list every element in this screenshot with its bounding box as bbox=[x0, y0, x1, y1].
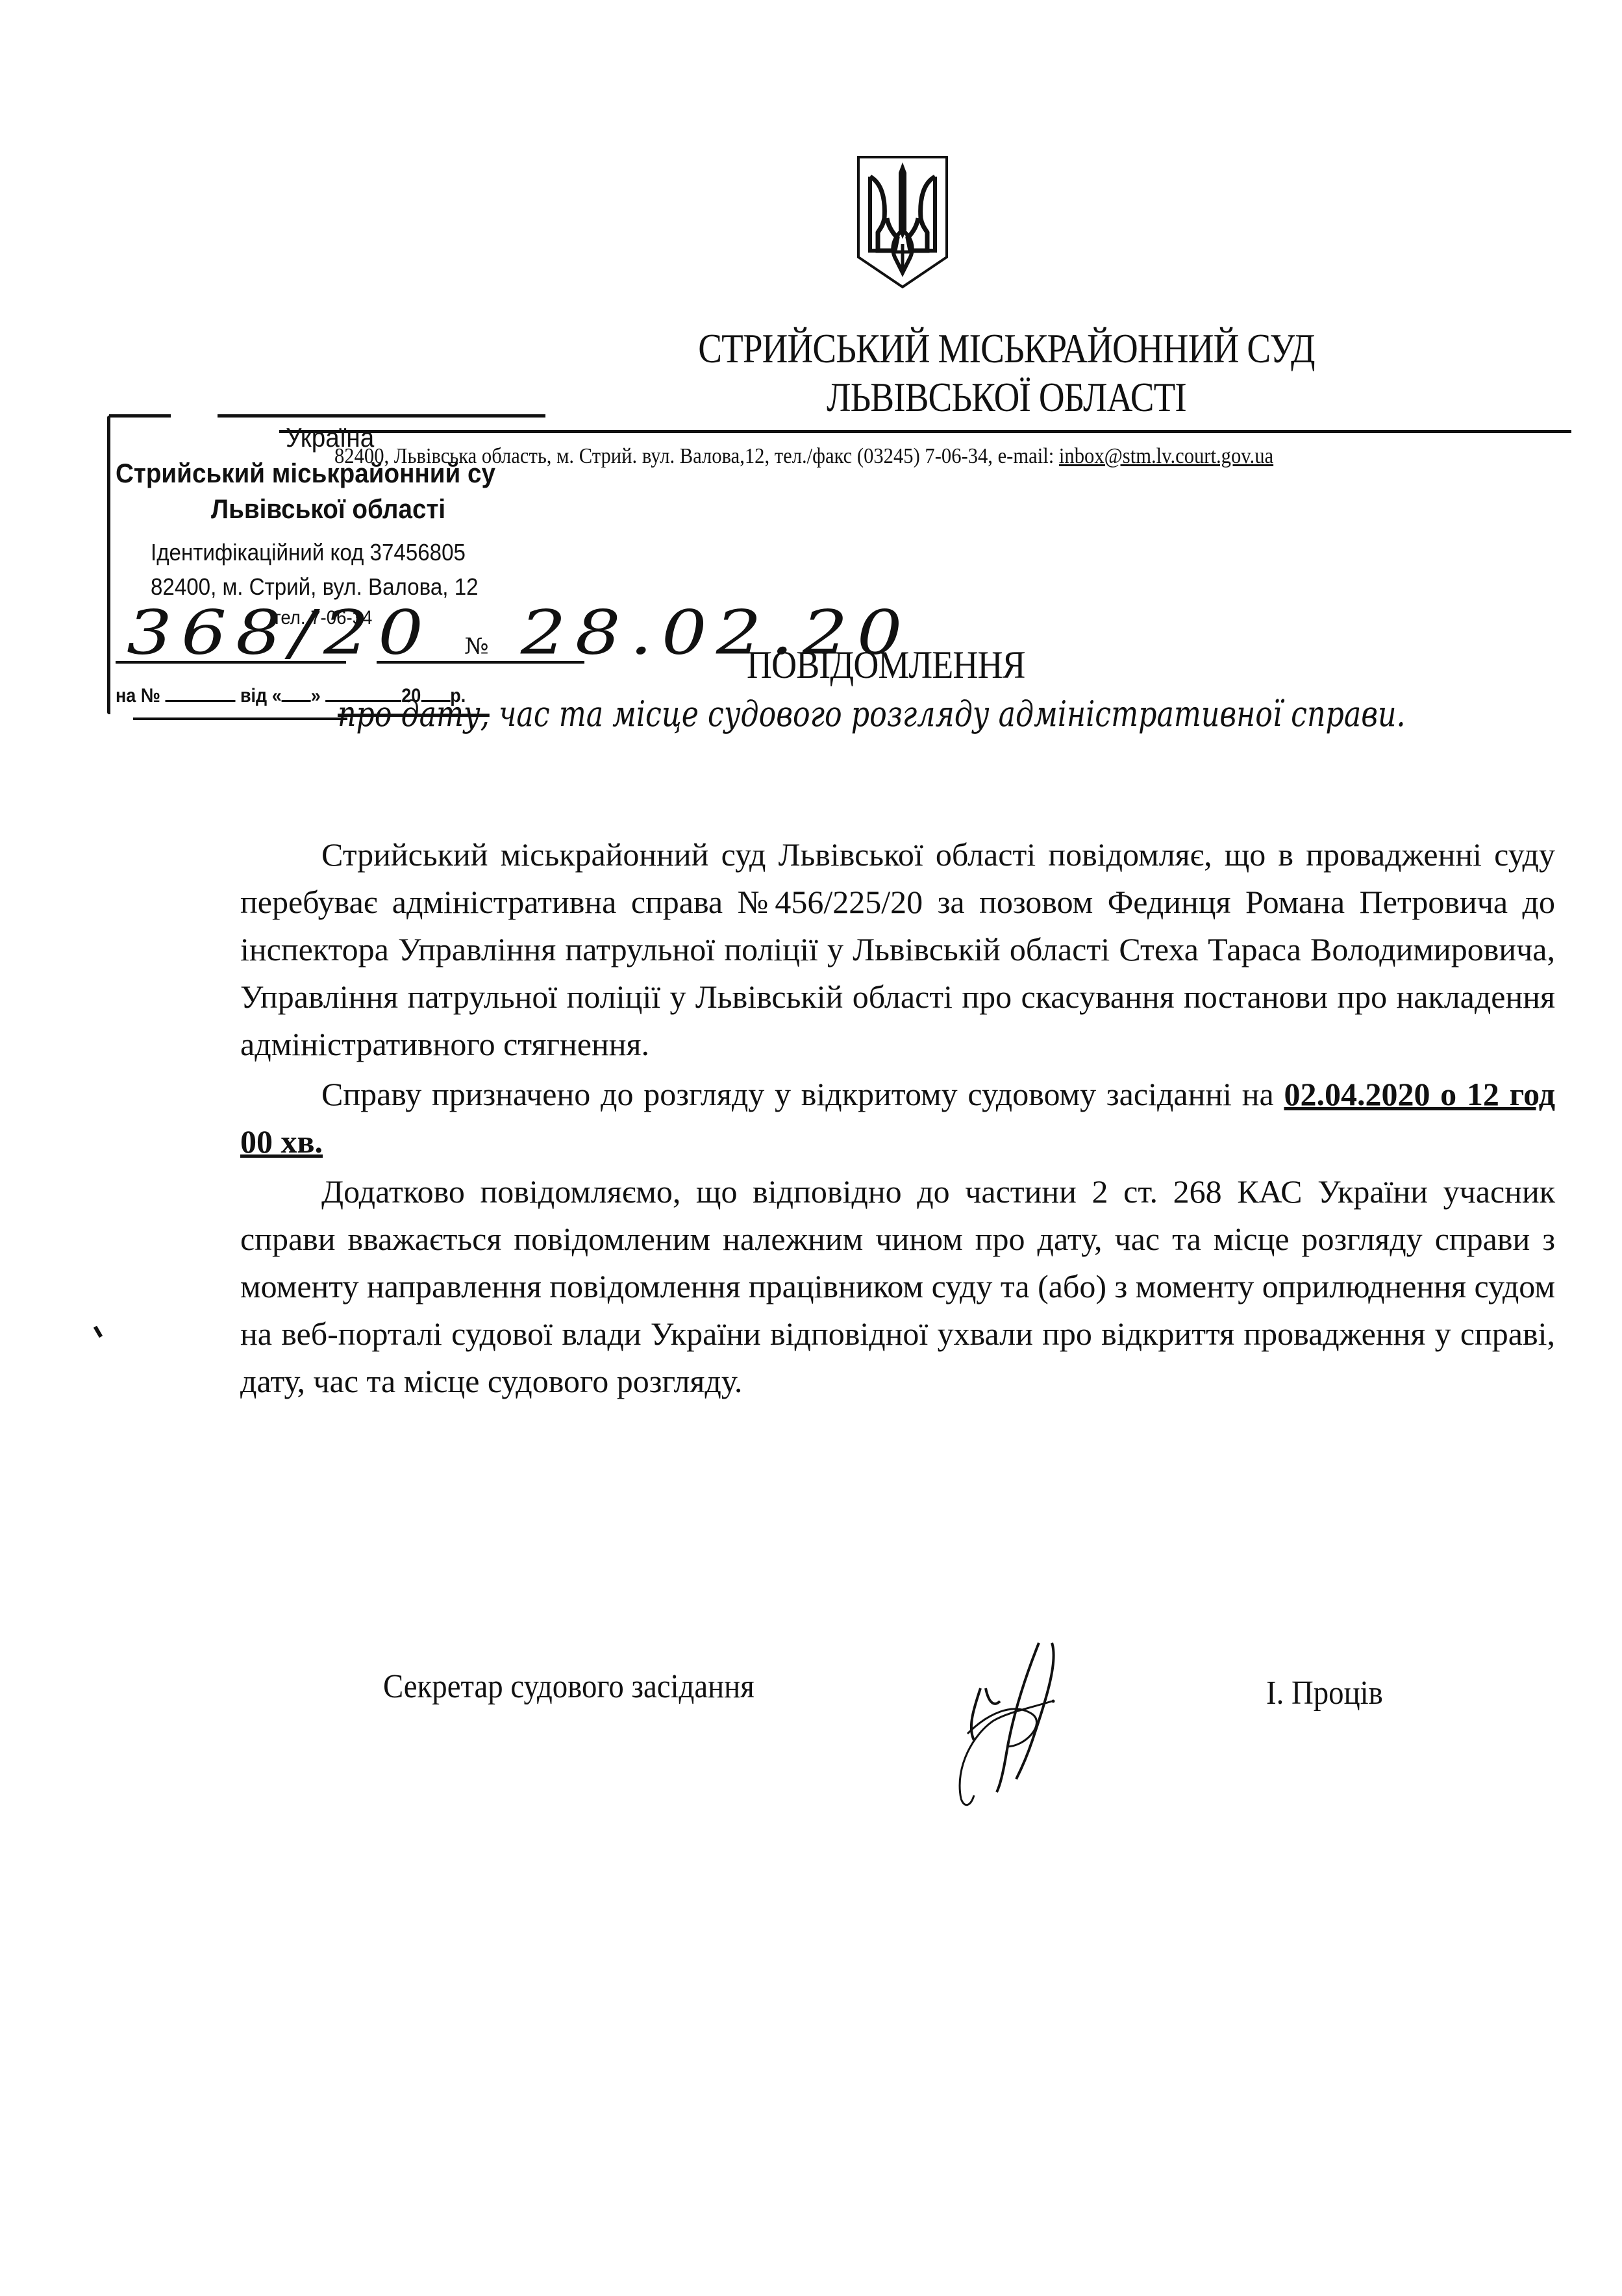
handwritten-number: 368/20 bbox=[127, 597, 432, 668]
signatory-role: Секретар судового засідання bbox=[383, 1667, 755, 1706]
document-heading: ПОВІДОМЛЕННЯ bbox=[747, 643, 1025, 688]
paragraph-case-info: Стрийський міськрайонний суд Львівської … bbox=[240, 831, 1555, 1068]
handwritten-signature-icon bbox=[948, 1636, 1097, 1812]
date-underline bbox=[377, 661, 584, 664]
coat-of-arms-icon bbox=[856, 153, 949, 290]
number-underline bbox=[116, 661, 346, 664]
ref-from: від « bbox=[240, 685, 282, 706]
stamp-border-top bbox=[218, 414, 545, 418]
stamp-court-region: Львівської області bbox=[211, 493, 445, 525]
subtitle-text: час та місце судового розгляду адміністр… bbox=[490, 693, 1406, 734]
header-divider bbox=[279, 430, 1571, 433]
signatory-name: І. Проців bbox=[1266, 1674, 1383, 1712]
court-email-link[interactable]: inbox@stm.lv.court.gov.ua bbox=[1059, 444, 1273, 468]
stray-mark bbox=[94, 1326, 103, 1338]
stamp-country: Україна bbox=[286, 422, 374, 453]
number-sign: № bbox=[464, 634, 489, 659]
document-body: Стрийський міськрайонний суд Львівської … bbox=[240, 831, 1555, 1405]
stamp-border-top bbox=[109, 414, 171, 418]
paragraph-hearing: Справу призначено до розгляду у відкрито… bbox=[240, 1071, 1555, 1166]
court-name-line-2: ЛЬВІВСЬКОЇ ОБЛАСТІ bbox=[476, 373, 1537, 421]
stamp-border-left bbox=[107, 416, 110, 714]
stamp-bottom-line bbox=[133, 717, 347, 720]
ref-number-blank bbox=[165, 683, 235, 702]
ref-prefix: на № bbox=[116, 685, 160, 706]
stamp-court-name: Стрийський міськрайонний су bbox=[116, 458, 495, 489]
ref-close: » bbox=[311, 685, 321, 706]
stamp-id-code: Ідентифікаційний код 37456805 bbox=[151, 539, 466, 566]
stamp-address: 82400, м. Стрий, вул. Валова, 12 bbox=[151, 573, 479, 601]
court-name-line-1: СТРИЙСЬКИЙ МІСЬКРАЙОННИЙ СУД bbox=[476, 325, 1537, 373]
subtitle-struck-text: про дату, bbox=[338, 693, 490, 734]
paragraph-notice-rule: Додатково повідомляємо, що відповідно до… bbox=[240, 1168, 1555, 1405]
hearing-intro: Справу призначено до розгляду у відкрито… bbox=[321, 1076, 1284, 1112]
document-subtitle: про дату, час та місце судового розгляду… bbox=[338, 693, 1406, 734]
ref-day-blank bbox=[282, 683, 311, 702]
